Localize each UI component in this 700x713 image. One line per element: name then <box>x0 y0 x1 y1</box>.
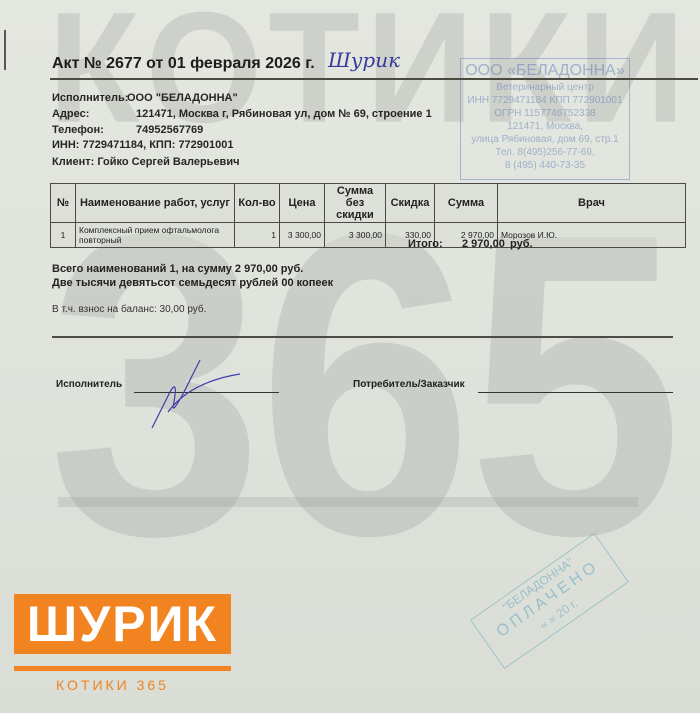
col-sum-no-discount: Сумма без скидки <box>325 184 386 223</box>
phone-value: 74952567769 <box>136 124 203 136</box>
address-row: Адрес: 121471, Москва г, Рябиновая ул, д… <box>52 108 89 120</box>
col-number: № <box>51 184 76 223</box>
logo-underline <box>14 666 231 671</box>
customer-sign-label: Потребитель/Заказчик <box>353 379 465 390</box>
logo: ШУРИК <box>14 594 231 654</box>
address-label: Адрес: <box>52 108 89 120</box>
col-service: Наименование работ, услуг <box>76 184 235 223</box>
cell-number: 1 <box>51 223 76 248</box>
signature-icon <box>140 352 250 432</box>
col-qty: Кол-во <box>235 184 280 223</box>
col-sum: Сумма <box>435 184 498 223</box>
executor-label: Исполнитель: <box>52 92 128 104</box>
col-discount: Скидка <box>386 184 435 223</box>
executor-sign-label: Исполнитель <box>56 379 122 390</box>
total-value: 2 970,00 <box>462 238 505 250</box>
table-row: 1 Комплексный прием офтальмолога повторн… <box>51 223 686 248</box>
logo-subtitle: КОТИКИ 365 <box>56 677 169 693</box>
executor-row: Исполнитель: ООО "БЕЛАДОННА" <box>52 92 128 104</box>
cell-sum-no-discount: 3 300,00 <box>325 223 386 248</box>
inn-kpp: ИНН: 7729471184, КПП: 772901001 <box>52 139 234 151</box>
stamp-line: ИНН 7729471184 КПП 772901001 <box>461 94 629 107</box>
stamp-line: ОГРН 1157746752338 <box>461 107 629 120</box>
services-table: № Наименование работ, услуг Кол-во Цена … <box>50 183 686 248</box>
total-currency: руб. <box>510 238 533 250</box>
company-stamp: ООО «БЕЛАДОННА» Ветеринарный центр ИНН 7… <box>460 58 630 180</box>
address-value: 121471, Москва г, Рябиновая ул, дом № 69… <box>136 108 432 120</box>
summary-words: Две тысячи девятьсот семьдесят рублей 00… <box>52 277 333 289</box>
stamp-line: Ветеринарный центр <box>461 81 629 94</box>
cell-service: Комплексный прием офтальмолога повторный <box>76 223 235 248</box>
paid-stamp: "БЕЛАДОННА" ОПЛАЧЕНО « » 20 г. <box>470 533 629 669</box>
phone-label: Телефон: <box>52 124 104 136</box>
cell-qty: 1 <box>235 223 280 248</box>
handwritten-note: Шурик <box>328 48 400 72</box>
section-divider <box>52 336 673 338</box>
table-header-row: № Наименование работ, услуг Кол-во Цена … <box>51 184 686 223</box>
document-photo: КОТИКИ 365 ООО «БЕЛАДОННА» Ветеринарный … <box>0 0 700 713</box>
stamp-line: улица Рябиновая, дом 69, стр.1 <box>461 133 629 146</box>
col-doctor: Врач <box>498 184 686 223</box>
balance-note: В т.ч. взнос на баланс: 30,00 руб. <box>52 304 206 315</box>
page-edge <box>4 30 6 70</box>
total-label: Итого: <box>408 238 443 250</box>
watermark-bar <box>58 497 638 507</box>
summary-count: Всего наименований 1, на сумму 2 970,00 … <box>52 263 303 275</box>
executor-value: ООО "БЕЛАДОННА" <box>127 92 238 104</box>
customer-sign-line <box>478 392 673 393</box>
col-price: Цена <box>280 184 325 223</box>
stamp-line: Тел. 8(495)256-77-69, <box>461 146 629 159</box>
title-divider <box>50 78 698 80</box>
cell-price: 3 300,00 <box>280 223 325 248</box>
client: Клиент: Гойко Сергей Валерьевич <box>52 156 239 168</box>
stamp-line: 121471, Москва, <box>461 120 629 133</box>
phone-row: Телефон: 74952567769 <box>52 124 104 136</box>
document-title: Акт № 2677 от 01 февраля 2026 г. <box>52 55 315 73</box>
stamp-line: 8 (495) 440-73-35 <box>461 159 629 172</box>
